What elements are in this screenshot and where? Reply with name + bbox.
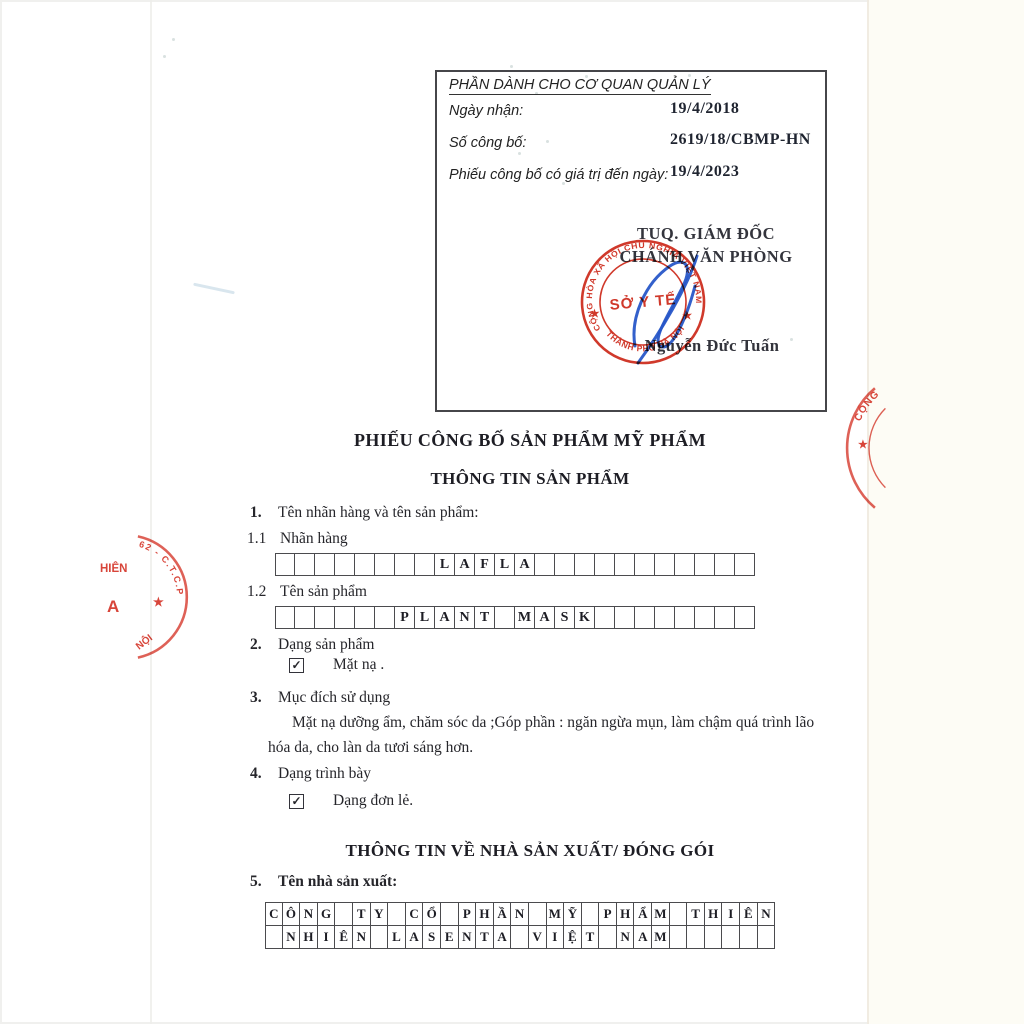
letter-cell	[275, 553, 295, 576]
manufacturer-name-letter-grid-row2: NHIÊNLASENTAVIỆTNAM	[265, 925, 775, 949]
letter-cell: Ẩ	[634, 902, 652, 926]
declaration-number-label: Số công bố:	[449, 135, 526, 151]
letter-cell	[595, 553, 615, 576]
letter-cell: V	[529, 925, 547, 949]
letter-cell: N	[353, 925, 371, 949]
letter-cell: F	[475, 553, 495, 576]
item1-2-label: Tên sản phẩm	[280, 583, 367, 600]
scan-ink-streak	[193, 283, 235, 295]
letter-cell	[595, 606, 615, 629]
letter-cell: H	[300, 925, 318, 949]
scan-noise-dot	[163, 55, 166, 58]
letter-cell	[758, 925, 776, 949]
letter-cell: P	[599, 902, 617, 926]
item2-number: 2.	[250, 636, 278, 654]
letter-cell	[615, 606, 635, 629]
letter-cell: A	[455, 553, 475, 576]
left-stamp-star-icon: ★	[153, 595, 164, 609]
item1-2-row: 1.2Tên sản phẩm	[247, 583, 367, 601]
letter-cell	[315, 553, 335, 576]
letter-cell: A	[494, 925, 512, 949]
left-stamp-word2: A	[107, 597, 119, 616]
letter-cell	[335, 553, 355, 576]
letter-cell: Ê	[740, 902, 758, 926]
letter-cell	[615, 553, 635, 576]
admin-box-heading: PHẦN DÀNH CHO CƠ QUAN QUẢN LÝ	[449, 77, 711, 95]
letter-cell: P	[395, 606, 415, 629]
item1-1-number: 1.1	[247, 530, 280, 548]
letter-cell	[295, 553, 315, 576]
letter-cell: T	[475, 606, 495, 629]
letter-cell: I	[722, 902, 740, 926]
letter-cell: H	[617, 902, 635, 926]
letter-cell: Y	[371, 902, 389, 926]
letter-cell: N	[455, 606, 475, 629]
letter-cell	[555, 553, 575, 576]
left-stamp-word1: HIÊN	[100, 562, 127, 575]
letter-cell	[335, 606, 355, 629]
letter-cell: N	[758, 902, 776, 926]
letter-cell	[495, 606, 515, 629]
manufacturer-name-letter-grid-row1: CÔNGTYCỔPHẦNMỸPHẨMTHIÊN	[265, 902, 775, 926]
letter-cell	[395, 553, 415, 576]
declaration-number-value: 2619/18/CBMP-HN	[670, 131, 811, 149]
letter-cell: M	[515, 606, 535, 629]
letter-cell: H	[476, 902, 494, 926]
letter-cell: A	[535, 606, 555, 629]
letter-cell	[582, 902, 600, 926]
letter-cell	[441, 902, 459, 926]
letter-cell: Ô	[283, 902, 301, 926]
letter-cell	[655, 606, 675, 629]
letter-cell: A	[634, 925, 652, 949]
letter-cell	[415, 553, 435, 576]
checkbox-checked-icon: ✓	[289, 658, 304, 673]
item1-row: 1.Tên nhãn hàng và tên sản phẩm:	[250, 504, 479, 522]
letter-cell	[511, 925, 529, 949]
letter-cell	[722, 925, 740, 949]
item2-option-label: Mặt nạ .	[333, 656, 384, 673]
item3-text-line1: Mặt nạ dưỡng ẩm, chăm sóc da ;Góp phần :…	[292, 714, 814, 732]
checkbox-checked-icon: ✓	[289, 794, 304, 809]
item1-2-number: 1.2	[247, 583, 280, 601]
item3-number: 3.	[250, 689, 278, 707]
letter-cell	[675, 606, 695, 629]
item4-row: 4.Dạng trình bày	[250, 765, 371, 783]
letter-cell	[740, 925, 758, 949]
letter-cell: M	[652, 902, 670, 926]
letter-cell	[355, 553, 375, 576]
letter-cell: N	[283, 925, 301, 949]
item3-row: 3.Mục đích sử dụng	[250, 689, 390, 707]
letter-cell: K	[575, 606, 595, 629]
letter-cell: A	[515, 553, 535, 576]
letter-cell	[375, 553, 395, 576]
letter-cell	[695, 606, 715, 629]
item3-label: Mục đích sử dụng	[278, 689, 390, 706]
item2-row: 2.Dạng sản phẩm	[250, 636, 374, 654]
item1-number: 1.	[250, 504, 278, 522]
partial-stamp-right: CỘNG ★	[836, 372, 928, 542]
letter-cell: T	[687, 902, 705, 926]
letter-cell	[375, 606, 395, 629]
valid-until-label: Phiếu công bố có giá trị đến ngày:	[449, 167, 668, 183]
letter-cell: L	[415, 606, 435, 629]
letter-cell: T	[582, 925, 600, 949]
item1-label: Tên nhãn hàng và tên sản phẩm:	[278, 504, 479, 521]
item4-label: Dạng trình bày	[278, 765, 371, 782]
letter-cell: A	[406, 925, 424, 949]
letter-cell: L	[388, 925, 406, 949]
item4-option-row: ✓ Dạng đơn lẻ.	[289, 792, 413, 810]
brand-name-letter-grid: LAFLA	[275, 553, 755, 576]
letter-cell	[335, 902, 353, 926]
letter-cell	[315, 606, 335, 629]
item1-1-row: 1.1Nhãn hàng	[247, 530, 348, 548]
valid-until-value: 19/4/2023	[670, 163, 739, 181]
letter-cell: C	[406, 902, 424, 926]
manufacturer-info-heading: THÔNG TIN VỀ NHÀ SẢN XUẤT/ ĐÓNG GÓI	[180, 841, 880, 861]
scan-noise-dot	[510, 65, 513, 68]
letter-cell	[575, 553, 595, 576]
letter-cell	[295, 606, 315, 629]
letter-cell: M	[547, 902, 565, 926]
letter-cell	[529, 902, 547, 926]
letter-cell	[735, 553, 755, 576]
letter-cell	[275, 606, 295, 629]
letter-cell: E	[441, 925, 459, 949]
letter-cell	[670, 925, 688, 949]
partial-stamp-left: 62 - C.T.C.P HIÊN A ★ NỘI	[55, 500, 195, 695]
letter-cell: N	[300, 902, 318, 926]
received-date-value: 19/4/2018	[670, 100, 739, 118]
product-name-letter-grid: PLANTMASK	[275, 606, 755, 629]
letter-cell: Ỹ	[564, 902, 582, 926]
letter-cell	[355, 606, 375, 629]
letter-cell: A	[435, 606, 455, 629]
letter-cell: G	[318, 902, 336, 926]
letter-cell	[635, 553, 655, 576]
letter-cell	[715, 606, 735, 629]
letter-cell	[388, 902, 406, 926]
item5-label: Tên nhà sản xuất:	[278, 873, 397, 890]
letter-cell: I	[547, 925, 565, 949]
letter-cell	[265, 925, 283, 949]
letter-cell	[735, 606, 755, 629]
document-title: PHIẾU CÔNG BỐ SẢN PHẨM MỸ PHẨM	[180, 430, 880, 451]
item4-option-label: Dạng đơn lẻ.	[333, 792, 413, 809]
letter-cell: L	[435, 553, 455, 576]
product-info-heading: THÔNG TIN SẢN PHẨM	[180, 469, 880, 489]
item5-number: 5.	[250, 873, 278, 891]
letter-cell	[655, 553, 675, 576]
letter-cell: N	[617, 925, 635, 949]
letter-cell: T	[476, 925, 494, 949]
letter-cell: H	[705, 902, 723, 926]
letter-cell: P	[459, 902, 477, 926]
letter-cell: Ê	[335, 925, 353, 949]
letter-cell	[670, 902, 688, 926]
letter-cell: Ệ	[564, 925, 582, 949]
scan-noise-dot	[172, 38, 175, 41]
letter-cell: Ổ	[423, 902, 441, 926]
letter-cell	[535, 553, 555, 576]
letter-cell: N	[459, 925, 477, 949]
item3-text-line2: hóa da, cho làn da tươi sáng hơn.	[268, 739, 473, 757]
received-date-label: Ngày nhận:	[449, 103, 523, 119]
document-scan-page: PHẦN DÀNH CHO CƠ QUAN QUẢN LÝ Ngày nhận:…	[0, 0, 1024, 1024]
signature-scribble	[600, 238, 730, 373]
letter-cell	[705, 925, 723, 949]
letter-cell	[715, 553, 735, 576]
item4-number: 4.	[250, 765, 278, 783]
letter-cell	[371, 925, 389, 949]
letter-cell: T	[353, 902, 371, 926]
letter-cell: Ầ	[494, 902, 512, 926]
letter-cell	[635, 606, 655, 629]
letter-cell: N	[511, 902, 529, 926]
stamp-star-left-icon: ★	[589, 308, 600, 321]
letter-cell: M	[652, 925, 670, 949]
item1-1-label: Nhãn hàng	[280, 530, 348, 547]
letter-cell	[687, 925, 705, 949]
item2-option-row: ✓ Mặt nạ .	[289, 656, 384, 674]
letter-cell: I	[318, 925, 336, 949]
letter-cell	[695, 553, 715, 576]
left-stamp-word3: NỘI	[133, 631, 155, 652]
letter-cell: C	[265, 902, 283, 926]
letter-cell	[675, 553, 695, 576]
letter-cell: L	[495, 553, 515, 576]
item2-label: Dạng sản phẩm	[278, 636, 374, 653]
letter-cell	[599, 925, 617, 949]
letter-cell: S	[555, 606, 575, 629]
item5-row: 5.Tên nhà sản xuất:	[250, 873, 397, 891]
letter-cell: S	[423, 925, 441, 949]
